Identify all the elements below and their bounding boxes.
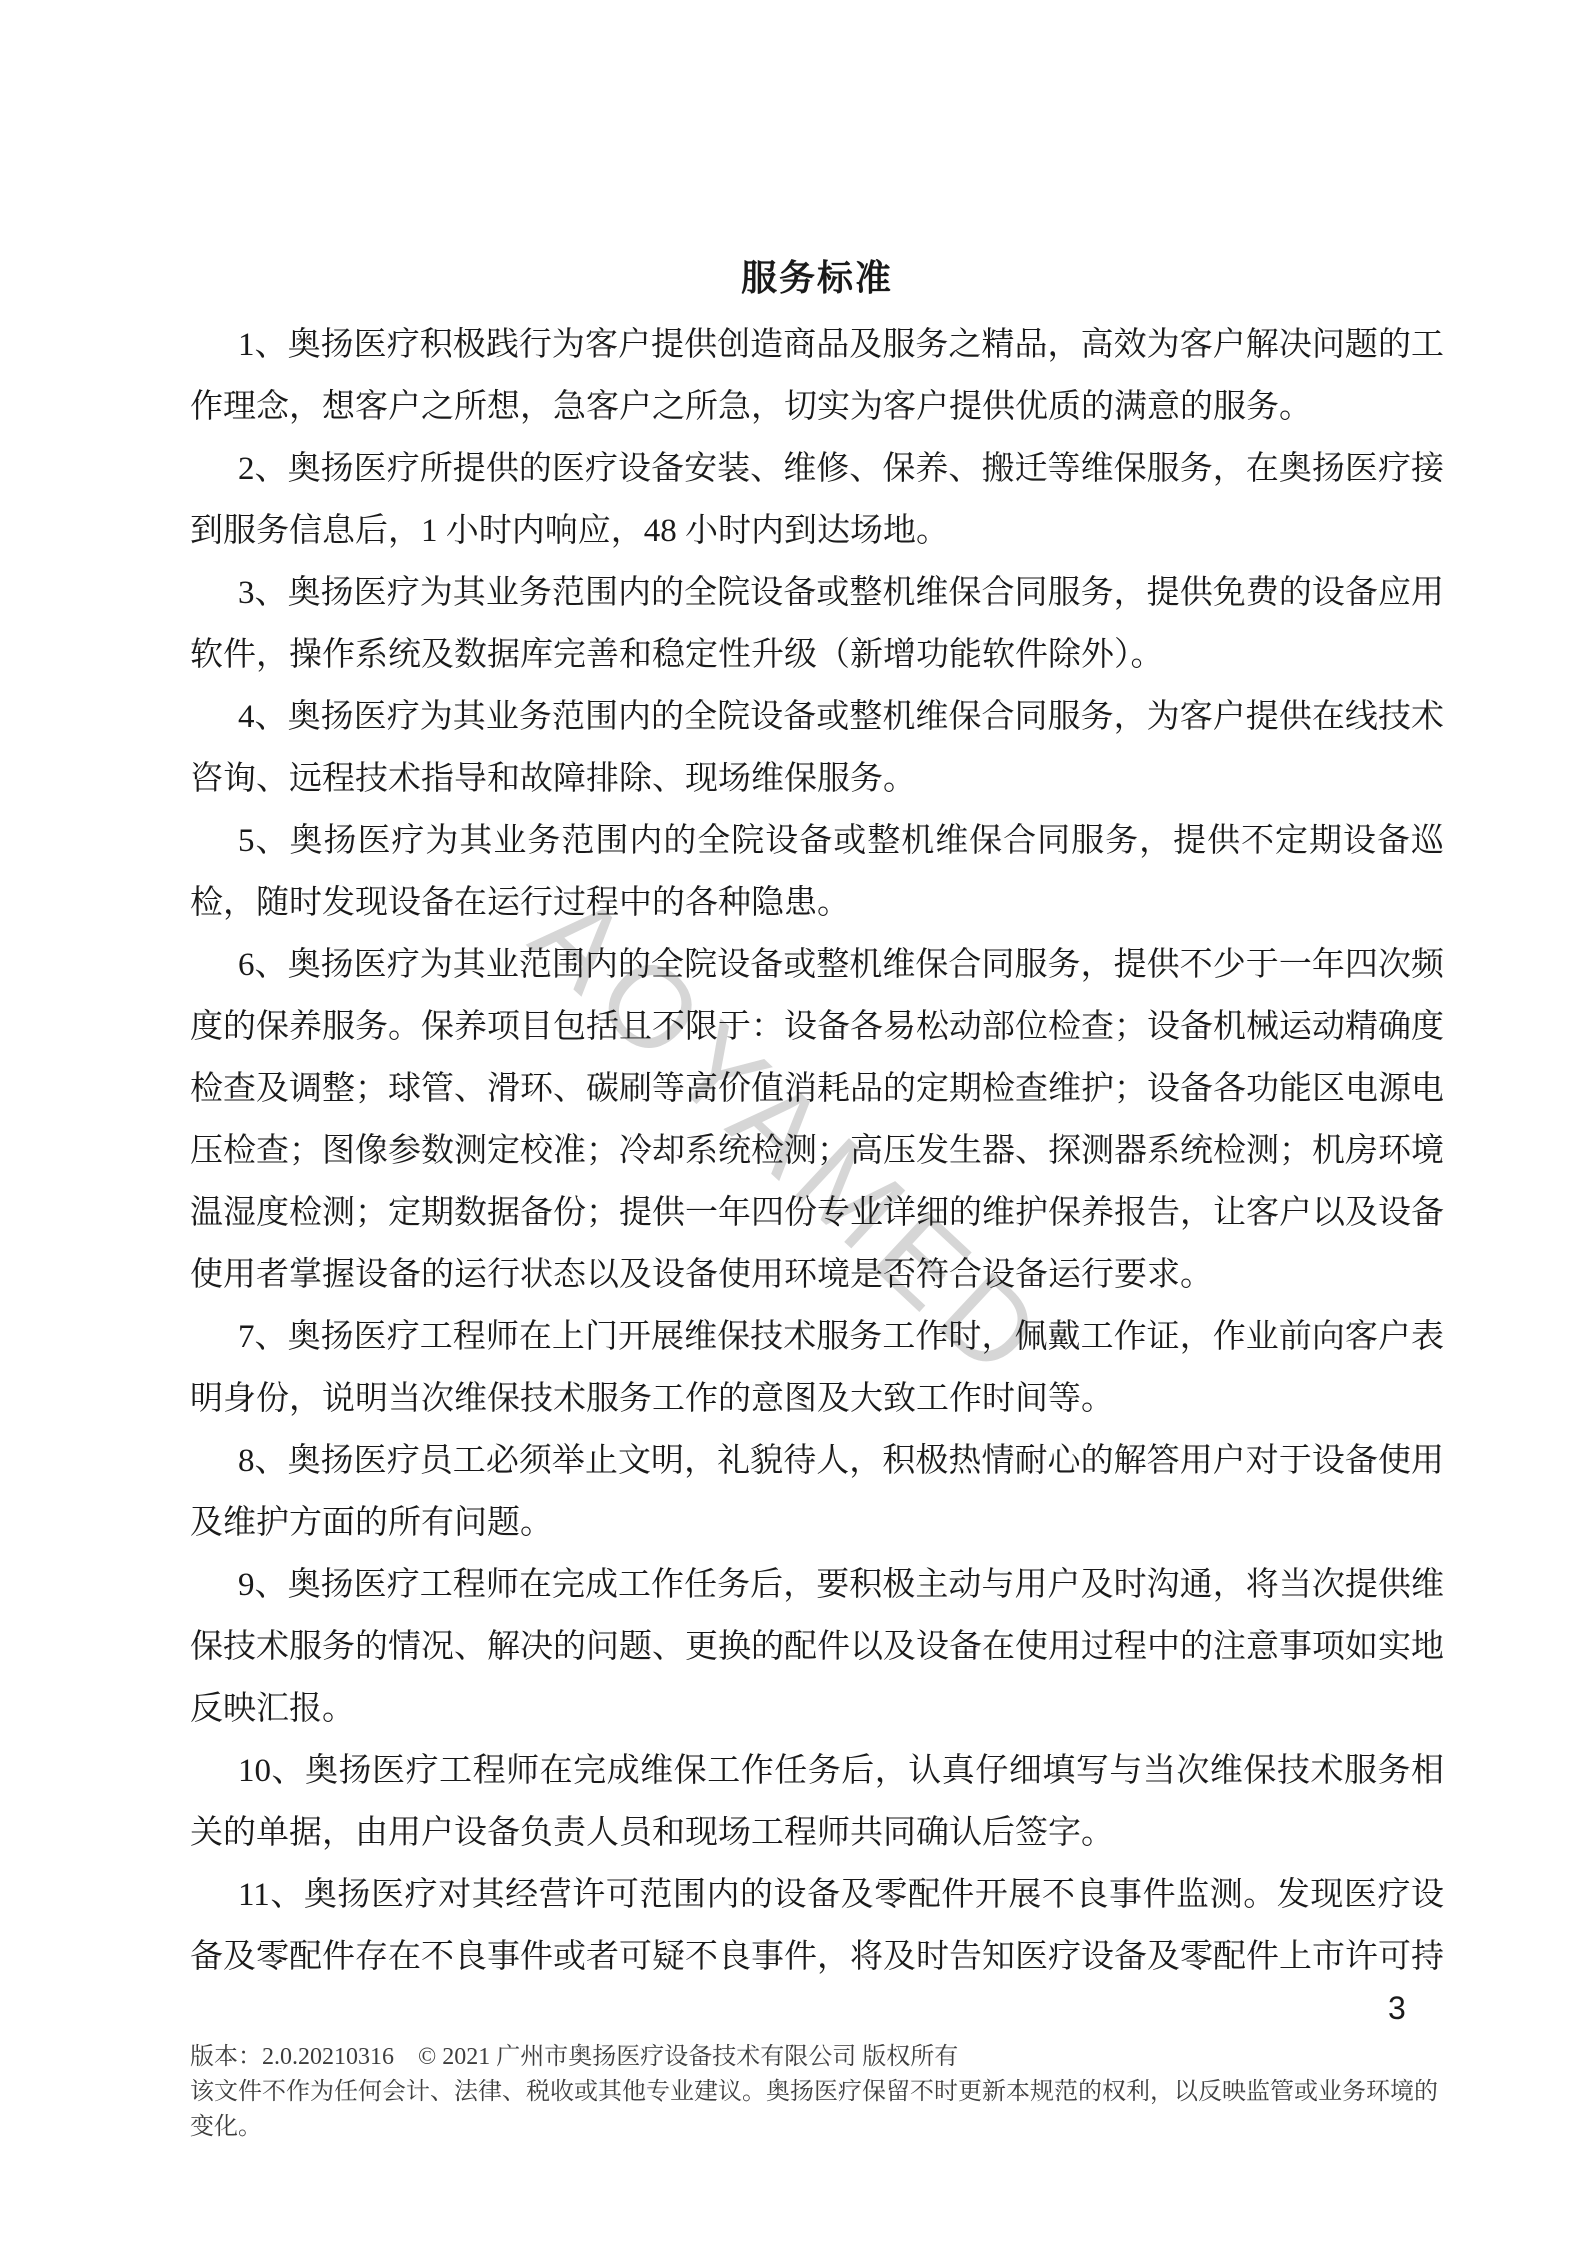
paragraph-10: 10、奥扬医疗工程师在完成维保工作任务后，认真仔细填写与当次维保技术服务相关的单…: [190, 1740, 1444, 1864]
footer-disclaimer-line-2: 变化。: [190, 2110, 1500, 2145]
document-title: 服务标准: [190, 252, 1444, 304]
page-footer: 版本：2.0.20210316 © 2021 广州市奥扬医疗设备技术有限公司 版…: [190, 2040, 1500, 2145]
document-page: AOYAMED 服务标准 1、奥扬医疗积极践行为客户提供创造商品及服务之精品，高…: [0, 0, 1587, 2245]
paragraph-4: 4、奥扬医疗为其业务范围内的全院设备或整机维保合同服务，为客户提供在线技术咨询、…: [190, 686, 1444, 810]
page-number: 3: [1388, 1990, 1406, 2027]
document-body: 服务标准 1、奥扬医疗积极践行为客户提供创造商品及服务之精品，高效为客户解决问题…: [190, 252, 1444, 1988]
paragraph-2: 2、奥扬医疗所提供的医疗设备安装、维修、保养、搬迁等维保服务，在奥扬医疗接到服务…: [190, 438, 1444, 562]
footer-disclaimer-line-1: 该文件不作为任何会计、法律、税收或其他专业建议。奥扬医疗保留不时更新本规范的权利…: [190, 2075, 1500, 2110]
paragraph-5: 5、奥扬医疗为其业务范围内的全院设备或整机维保合同服务，提供不定期设备巡检，随时…: [190, 810, 1444, 934]
paragraph-11: 11、奥扬医疗对其经营许可范围内的设备及零配件开展不良事件监测。发现医疗设备及零…: [190, 1864, 1444, 1988]
paragraph-7: 7、奥扬医疗工程师在上门开展维保技术服务工作时，佩戴工作证，作业前向客户表明身份…: [190, 1306, 1444, 1430]
paragraph-6: 6、奥扬医疗为其业范围内的全院设备或整机维保合同服务，提供不少于一年四次频度的保…: [190, 934, 1444, 1306]
paragraph-8: 8、奥扬医疗员工必须举止文明，礼貌待人，积极热情耐心的解答用户对于设备使用及维护…: [190, 1430, 1444, 1554]
paragraph-3: 3、奥扬医疗为其业务范围内的全院设备或整机维保合同服务，提供免费的设备应用软件，…: [190, 562, 1444, 686]
paragraph-9: 9、奥扬医疗工程师在完成工作任务后，要积极主动与用户及时沟通，将当次提供维保技术…: [190, 1554, 1444, 1740]
paragraph-1: 1、奥扬医疗积极践行为客户提供创造商品及服务之精品，高效为客户解决问题的工作理念…: [190, 314, 1444, 438]
footer-version-line: 版本：2.0.20210316 © 2021 广州市奥扬医疗设备技术有限公司 版…: [190, 2040, 1500, 2075]
